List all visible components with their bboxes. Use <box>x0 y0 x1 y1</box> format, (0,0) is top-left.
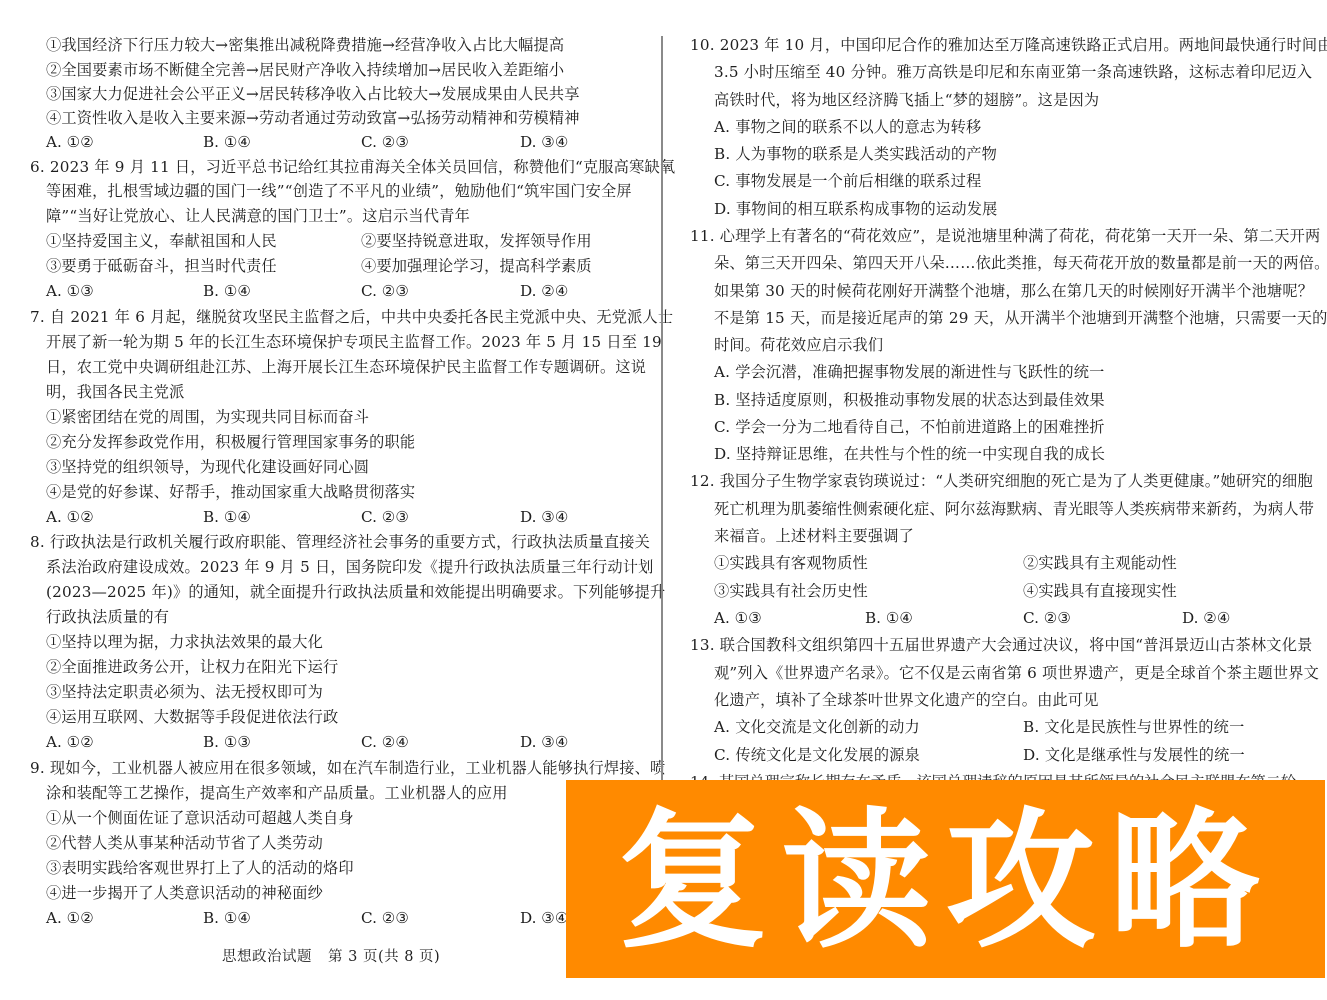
q13-stem-line-1: 13. 联合国教科文组织第四十五届世界遗产大会通过决议，将中国“普洱景迈山古茶林… <box>690 635 1312 655</box>
q12-item-4: ④实践具有直接现实性 <box>1023 581 1177 601</box>
q10-option-a: A. 事物之间的联系不以人的意志为转移 <box>714 117 981 137</box>
q8-option-a: A. ①② <box>46 732 94 752</box>
banner-text: 复读攻略 <box>617 807 1273 957</box>
q7-stem-line-1: 7. 自 2021 年 6 月起，继脱贫攻坚民主监督之后，中共中央委托各民主党派… <box>30 307 673 327</box>
watermark-banner: 复读攻略 <box>566 780 1325 978</box>
q11-stem-line-5: 时间。荷花效应启示我们 <box>714 335 883 355</box>
q6-item-4: ④要加强理论学习，提高科学素质 <box>361 256 592 276</box>
q5-item-2: ②全国要素市场不断健全完善→居民财产净收入持续增加→居民收入差距缩小 <box>46 60 564 80</box>
q13-stem-line-3: 化遗产，填补了全球茶叶世界文化遗产的空白。由此可见 <box>714 690 1099 710</box>
q7-item-3: ③坚持党的组织领导，为现代化建设画好同心圆 <box>46 457 369 477</box>
q11-option-a: A. 学会沉潜，准确把握事物发展的渐进性与飞跃性的统一 <box>714 362 1105 382</box>
q9-option-c: C. ②③ <box>361 908 409 928</box>
q5-option-b: B. ①④ <box>203 132 251 152</box>
q8-item-3: ③坚持法定职责必须为、法无授权即可为 <box>46 682 323 702</box>
q12-stem-line-3: 来福音。上述材料主要强调了 <box>714 526 914 546</box>
q6-item-3: ③要勇于砥砺奋斗，担当时代责任 <box>46 256 277 276</box>
q6-stem-line-2: 等困难，扎根雪域边疆的国门一线”“创造了不平凡的业绩”，勉励他们“筑牢国门安全屏 <box>46 181 632 201</box>
q9-item-4: ④进一步揭开了人类意识活动的神秘面纱 <box>46 883 323 903</box>
q8-option-b: B. ①③ <box>203 732 251 752</box>
q12-item-2: ②实践具有主观能动性 <box>1023 553 1177 573</box>
q11-stem-line-4: 不是第 15 天，而是接近尾声的第 29 天，从开满半个池塘到开满整个池塘，只需… <box>714 308 1327 328</box>
q8-stem-line-3: (2023—2025 年)》的通知，就全面提升行政执法质量和效能提出明确要求。下… <box>46 582 665 602</box>
q11-option-c: C. 学会一分为二地看待自己，不怕前进道路上的困难挫折 <box>714 417 1105 437</box>
q9-item-3: ③表明实践给客观世界打上了人的活动的烙印 <box>46 858 354 878</box>
q7-option-a: A. ①② <box>46 507 94 527</box>
q5-item-3: ③国家大力促进社会公平正义→居民转移净收入占比较大→发展成果由人民共享 <box>46 84 580 104</box>
q6-stem-line-3: 障”“当好让党放心、让人民满意的国门卫士”。这启示当代青年 <box>46 206 470 226</box>
q11-stem-line-2: 朵、第三天开四朵、第四天开八朵……依此类推，每天荷花开放的数量都是前一天的两倍。 <box>714 253 1327 273</box>
q7-item-4: ④是党的好参谋、好帮手，推动国家重大战略贯彻落实 <box>46 482 415 502</box>
q13-option-c: C. 传统文化是文化发展的源泉 <box>714 745 920 765</box>
q11-option-d: D. 坚持辩证思维，在共性与个性的统一中实现自我的成长 <box>714 444 1105 464</box>
q13-stem-line-2: 观”列入《世界遗产名录》。它不仅是云南省第 6 项世界遗产，更是全球首个茶主题世… <box>714 663 1319 683</box>
q9-option-d: D. ③④ <box>520 908 569 928</box>
q9-stem-line-2: 涂和装配等工艺操作，提高生产效率和产品质量。工业机器人的应用 <box>46 783 508 803</box>
q8-option-c: C. ②④ <box>361 732 409 752</box>
q7-option-b: B. ①④ <box>203 507 251 527</box>
q13-option-b: B. 文化是民族性与世界性的统一 <box>1023 717 1244 737</box>
q8-option-d: D. ③④ <box>520 732 569 752</box>
q9-option-a: A. ①② <box>46 908 94 928</box>
q7-stem-line-4: 明，我国各民主党派 <box>46 382 185 402</box>
q6-item-2: ②要坚持锐意进取，发挥领导作用 <box>361 231 592 251</box>
q9-option-b: B. ①④ <box>203 908 251 928</box>
q10-option-d: D. 事物间的相互联系构成事物的运动发展 <box>714 199 997 219</box>
q6-option-d: D. ②④ <box>520 281 569 301</box>
q9-item-2: ②代替人类从事某种活动节省了人类劳动 <box>46 833 323 853</box>
q6-item-1: ①坚持爱国主义，奉献祖国和人民 <box>46 231 277 251</box>
q12-stem-line-2: 死亡机理为肌萎缩性侧索硬化症、阿尔兹海默病、青光眼等人类疾病带来新药，为病人带 <box>714 499 1314 519</box>
q8-item-4: ④运用互联网、大数据等手段促进依法行政 <box>46 707 338 727</box>
q8-item-1: ①坚持以理为据，力求执法效果的最大化 <box>46 632 323 652</box>
q12-item-3: ③实践具有社会历史性 <box>714 581 868 601</box>
q8-stem-line-1: 8. 行政执法是行政机关履行政府职能、管理经济社会事务的重要方式，行政执法质量直… <box>30 532 650 552</box>
q5-item-1: ①我国经济下行压力较大→密集推出减税降费措施→经营净收入占比大幅提高 <box>46 35 564 55</box>
q5-option-c: C. ②③ <box>361 132 409 152</box>
q8-item-2: ②全面推进政务公开，让权力在阳光下运行 <box>46 657 338 677</box>
q8-stem-line-4: 行政执法质量的有 <box>46 607 169 627</box>
q12-option-b: B. ①④ <box>865 608 913 628</box>
column-divider <box>661 36 663 780</box>
q12-item-1: ①实践具有客观物质性 <box>714 553 868 573</box>
q10-stem-line-2: 3.5 小时压缩至 40 分钟。雅万高铁是印尼和东南亚第一条高速铁路，这标志着印… <box>714 62 1312 82</box>
q12-stem-line-1: 12. 我国分子生物学家袁钧瑛说过：“人类研究细胞的死亡是为了人类更健康。”她研… <box>690 471 1313 491</box>
q6-option-b: B. ①④ <box>203 281 251 301</box>
q11-stem-line-1: 11. 心理学上有著名的“荷花效应”，是说池塘里种满了荷花，荷花第一天开一朵、第… <box>690 226 1320 246</box>
q6-option-c: C. ②③ <box>361 281 409 301</box>
page-footer: 思想政治试题第 3 页(共 8 页) <box>222 945 440 966</box>
q10-option-c: C. 事物发展是一个前后相继的联系过程 <box>714 171 982 191</box>
q13-option-d: D. 文化是继承性与发展性的统一 <box>1023 745 1245 765</box>
q7-stem-line-3: 日，农工党中央调研组赴江苏、上海开展长江生态环境保护民主监督工作专题调研。这说 <box>46 357 646 377</box>
q6-stem-line-1: 6. 2023 年 9 月 11 日，习近平总书记给红其拉甫海关全体关员回信，称… <box>30 157 675 177</box>
q7-option-d: D. ③④ <box>520 507 569 527</box>
q11-option-b: B. 坚持适度原则，积极推动事物发展的状态达到最佳效果 <box>714 390 1105 410</box>
q7-item-2: ②充分发挥参政党作用，积极履行管理国家事务的职能 <box>46 432 415 452</box>
footer-title: 思想政治试题 <box>222 949 312 965</box>
q13-option-a: A. 文化交流是文化创新的动力 <box>714 717 920 737</box>
q5-option-a: A. ①② <box>46 132 94 152</box>
q11-stem-line-3: 如果第 30 天的时候荷花刚好开满整个池塘，那么在第几天的时候刚好开满半个池塘呢… <box>714 281 1313 301</box>
q7-option-c: C. ②③ <box>361 507 409 527</box>
q9-stem-line-1: 9. 现如今，工业机器人被应用在很多领域，如在汽车制造行业，工业机器人能够执行焊… <box>30 758 665 778</box>
q12-option-c: C. ②③ <box>1023 608 1071 628</box>
q10-stem-line-1: 10. 2023 年 10 月，中国印尼合作的雅加达至万隆高速铁路正式启用。两地… <box>690 35 1327 55</box>
q10-option-b: B. 人为事物的联系是人类实践活动的产物 <box>714 144 997 164</box>
q10-stem-line-3: 高铁时代，将为地区经济腾飞插上“梦的翅膀”。这是因为 <box>714 90 1099 110</box>
q14-stem-fragment: 14. 某国总理宣称长期存在矛盾，该国总理请辞的原因是其所领导的社会民主联盟在第… <box>690 772 1296 780</box>
q5-option-d: D. ③④ <box>520 132 569 152</box>
q7-stem-line-2: 开展了新一轮为期 5 年的长江生态环境保护专项民主监督工作。2023 年 5 月… <box>46 332 662 352</box>
footer-page-number: 第 3 页(共 8 页) <box>328 949 440 965</box>
q9-item-1: ①从一个侧面佐证了意识活动可超越人类自身 <box>46 808 354 828</box>
q5-item-4: ④工资性收入是收入主要来源→劳动者通过劳动致富→弘扬劳动精神和劳模精神 <box>46 108 580 128</box>
q7-item-1: ①紧密团结在党的周围，为实现共同目标而奋斗 <box>46 407 369 427</box>
q8-stem-line-2: 系法治政府建设成效。2023 年 9 月 5 日，国务院印发《提升行政执法质量三… <box>46 557 654 577</box>
q12-option-d: D. ②④ <box>1182 608 1231 628</box>
q12-option-a: A. ①③ <box>714 608 762 628</box>
q6-option-a: A. ①③ <box>46 281 94 301</box>
